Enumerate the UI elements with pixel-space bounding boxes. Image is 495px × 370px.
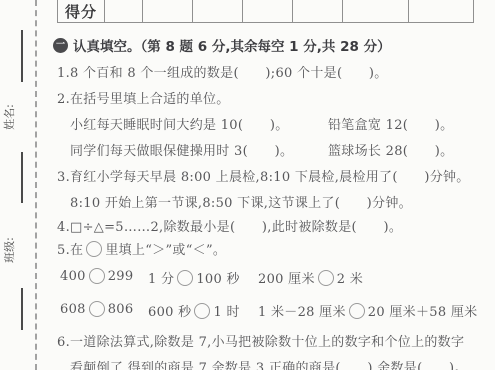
comparison-row-1: 400 299 1 分 100 秒 200 厘米 2 米 (0, 268, 495, 288)
score-table: 得分 (57, 0, 474, 23)
score-cell (243, 0, 293, 23)
question-2-row2-left: 同学们每天做眼保健操用时 3( )。 (70, 140, 293, 159)
question-6-line1: 6.一道除法算式,除数是 7,小马把被除数十位上的数字和个位上的数字 (57, 331, 464, 350)
question-6-line2: 看颠倒了,得到的商是 7,余数是 3,正确的商是( ),余数是( )。 (70, 357, 468, 370)
question-5-suffix: 里填上“＞”或“＜”。 (105, 239, 226, 258)
compare-left: 1 米－28 厘米 (258, 301, 346, 320)
class-field-label: 班级: (1, 233, 17, 267)
comparison-row-2: 608 806 600 秒 1 时 1 米－28 厘米 20 厘米＋58 厘米 (0, 301, 495, 321)
score-label: 得分 (65, 1, 97, 22)
question-3-line2: 8:10 开始上第一节课,8:50 下课,这节课上了( )分钟。 (70, 192, 412, 211)
compare-left: 200 厘米 (258, 268, 315, 287)
section-title: 认真填空。（第 8 题 6 分,其余每空 1 分,共 28 分） (73, 35, 391, 55)
compare-circle-icon (86, 241, 102, 257)
comparison-item: 608 806 (60, 301, 133, 317)
compare-circle-icon (89, 268, 105, 284)
question-2-row1-right: 铅笔盒宽 12( )。 (328, 114, 453, 133)
compare-left: 600 秒 (148, 301, 191, 320)
score-cell (293, 0, 343, 23)
comparison-item: 400 299 (60, 268, 133, 284)
section-one-icon: 一 (53, 38, 68, 53)
section-header: 一 认真填空。（第 8 题 6 分,其余每空 1 分,共 28 分） (53, 35, 391, 55)
compare-right: 299 (108, 269, 134, 284)
score-cell (343, 0, 409, 23)
compare-right: 1 时 (213, 301, 239, 320)
score-cell (409, 0, 474, 23)
question-5-prefix: 5.在 (57, 239, 83, 258)
compare-circle-icon (349, 303, 365, 319)
question-4: 4.□÷△=5……2,除数最小是( ),此时被除数是( )。 (57, 216, 402, 235)
question-5-header: 5.在 里填上“＞”或“＜”。 (57, 239, 226, 258)
question-2-row2-right: 篮球场长 28( )。 (328, 140, 453, 159)
compare-circle-icon (194, 303, 210, 319)
score-cell (143, 0, 193, 23)
exam-sheet-page: 姓名: 班级: 得分 一 认真填空。（第 8 题 6 分,其余每空 1 分,共 … (0, 0, 495, 370)
compare-right: 2 米 (337, 268, 363, 287)
compare-right: 100 秒 (196, 268, 239, 287)
compare-circle-icon (177, 270, 193, 286)
class-write-line (21, 152, 23, 203)
compare-left: 608 (60, 302, 86, 317)
name-field-label: 姓名: (1, 100, 17, 134)
comparison-item: 1 分 100 秒 (148, 268, 240, 287)
score-cell (193, 0, 243, 23)
comparison-item: 1 米－28 厘米 20 厘米＋58 厘米 (258, 301, 477, 320)
compare-right: 806 (108, 302, 134, 317)
compare-circle-icon (89, 301, 105, 317)
compare-left: 1 分 (148, 268, 174, 287)
question-2-intro: 2.在括号里填上合适的单位。 (57, 88, 230, 107)
compare-right: 20 厘米＋58 厘米 (368, 301, 478, 320)
question-3-line1: 3.育红小学每天早晨 8:00 上晨检,8:10 下晨检,晨检用了( )分钟。 (57, 166, 470, 185)
score-label-cell: 得分 (57, 0, 105, 23)
compare-circle-icon (318, 270, 334, 286)
score-cell (105, 0, 143, 23)
comparison-item: 200 厘米 2 米 (258, 268, 363, 287)
comparison-item: 600 秒 1 时 (148, 301, 240, 320)
question-1: 1.8 个百和 8 个一组成的数是( );60 个十是( )。 (57, 62, 388, 81)
question-2-row1-left: 小红每天睡眠时间大约是 10( )。 (70, 114, 289, 133)
name-write-line (21, 30, 23, 82)
compare-left: 400 (60, 269, 86, 284)
